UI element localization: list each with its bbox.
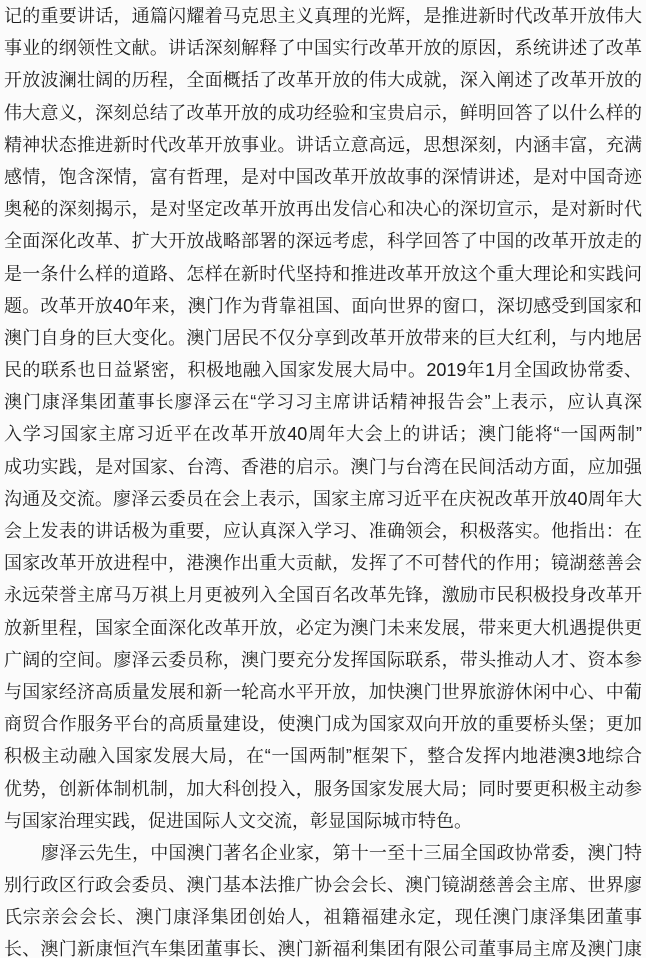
- text-line: 积极主动融入国家发展大局，在“一国两制”框架下，整合发挥内地港澳3地综合: [4, 740, 642, 772]
- text-line: 国家改革开放进程中，港澳作出重大贡献，发挥了不可替代的作用；镜湖慈善会: [4, 547, 642, 579]
- text-line: 精神状态推进新时代改革开放事业。讲话立意高远，思想深刻，内涵丰富，充满: [4, 129, 642, 161]
- text-line: 入学习国家主席习近平在改革开放40周年大会上的讲话；澳门能将“一国两制”: [4, 418, 642, 450]
- text-line: 伟大意义，深刻总结了改革开放的成功经验和宝贵启示，鲜明回答了以什么样的: [4, 97, 642, 129]
- text-line: 与国家治理实践，促进国际人文交流，彰显国际城市特色。: [4, 805, 642, 837]
- text-line: 沟通及交流。廖泽云委员在会上表示，国家主席习近平在庆祝改革开放40周年大: [4, 483, 642, 515]
- text-line: 全面深化改革、扩大开放战略部署的深远考虑，科学回答了中国的改革开放走的: [4, 225, 642, 257]
- text-line: 记的重要讲话，通篇闪耀着马克思主义真理的光辉，是推进新时代改革开放伟大: [4, 0, 642, 32]
- text-line: 别行政区行政会委员、澳门基本法推广协会会长、澳门镜湖慈善会主席、世界廖: [4, 869, 642, 901]
- text-line: 是一条什么样的道路、怎样在新时代坚持和推进改革开放这个重大理论和实践问: [4, 258, 642, 290]
- text-line: 廖泽云先生，中国澳门著名企业家，第十一至十三届全国政协常委，澳门特: [4, 837, 642, 869]
- text-line: 澳门自身的巨大变化。澳门居民不仅分享到改革开放带来的巨大红利，与内地居: [4, 322, 642, 354]
- text-line: 民的联系也日益紧密，积极地融入国家发展大局中。2019年1月全国政协常委、: [4, 354, 642, 386]
- text-line: 优势，创新体制机制，加大科创投入，服务国家发展大局；同时要更积极主动参: [4, 773, 642, 805]
- text-line: 感情，饱含深情，富有哲理，是对中国改革开放故事的深情讲述，是对中国奇迹: [4, 161, 642, 193]
- text-line: 放新里程，国家全面深化改革开放，必定为澳门未来发展，带来更大机遇提供更: [4, 612, 642, 644]
- document-page: 记的重要讲话，通篇闪耀着马克思主义真理的光辉，是推进新时代改革开放伟大事业的纲领…: [0, 0, 646, 958]
- text-line: 与国家经济高质量发展和新一轮高水平开放，加快澳门世界旅游休闲中心、中葡: [4, 676, 642, 708]
- text-line: 成功实践，是对国家、台湾、香港的启示。澳门与台湾在民间活动方面，应加强: [4, 451, 642, 483]
- text-line: 广阔的空间。廖泽云委员称，澳门要充分发挥国际联系，带头推动人才、资本参: [4, 644, 642, 676]
- text-line: 澳门康泽集团董事长廖泽云在“学习习主席讲话精神报告会”上表示，应认真深: [4, 386, 642, 418]
- text-line: 会上发表的讲话极为重要，应认真深入学习、准确领会，积极落实。他指出：在: [4, 515, 642, 547]
- text-line: 氏宗亲会会长、澳门康泽集团创始人，祖籍福建永定，现任澳门康泽集团董事: [4, 901, 642, 933]
- text-column: 记的重要讲话，通篇闪耀着马克思主义真理的光辉，是推进新时代改革开放伟大事业的纲领…: [4, 0, 642, 958]
- text-line: 商贸合作服务平台的高质量建设，使澳门成为国家双向开放的重要桥头堡；更加: [4, 708, 642, 740]
- text-line: 开放波澜壮阔的历程，全面概括了改革开放的伟大成就，深入阐述了改革开放的: [4, 64, 642, 96]
- text-line: 事业的纲领性文献。讲话深刻解释了中国实行改革开放的原因，系统讲述了改革: [4, 32, 642, 64]
- text-line: 奥秘的深刻揭示，是对坚定改革开放再出发信心和决心的深切宣示，是对新时代: [4, 193, 642, 225]
- text-line: 题。改革开放40年来，澳门作为背靠祖国、面向世界的窗口，深切感受到国家和: [4, 290, 642, 322]
- text-line: 长、澳门新康恒汽车集团董事长、澳门新福利集团有限公司董事局主席及澳门康: [4, 933, 642, 958]
- text-line: 永远荣誉主席马万祺上月更被列入全国百名改革先锋，激励市民积极投身改革开: [4, 579, 642, 611]
